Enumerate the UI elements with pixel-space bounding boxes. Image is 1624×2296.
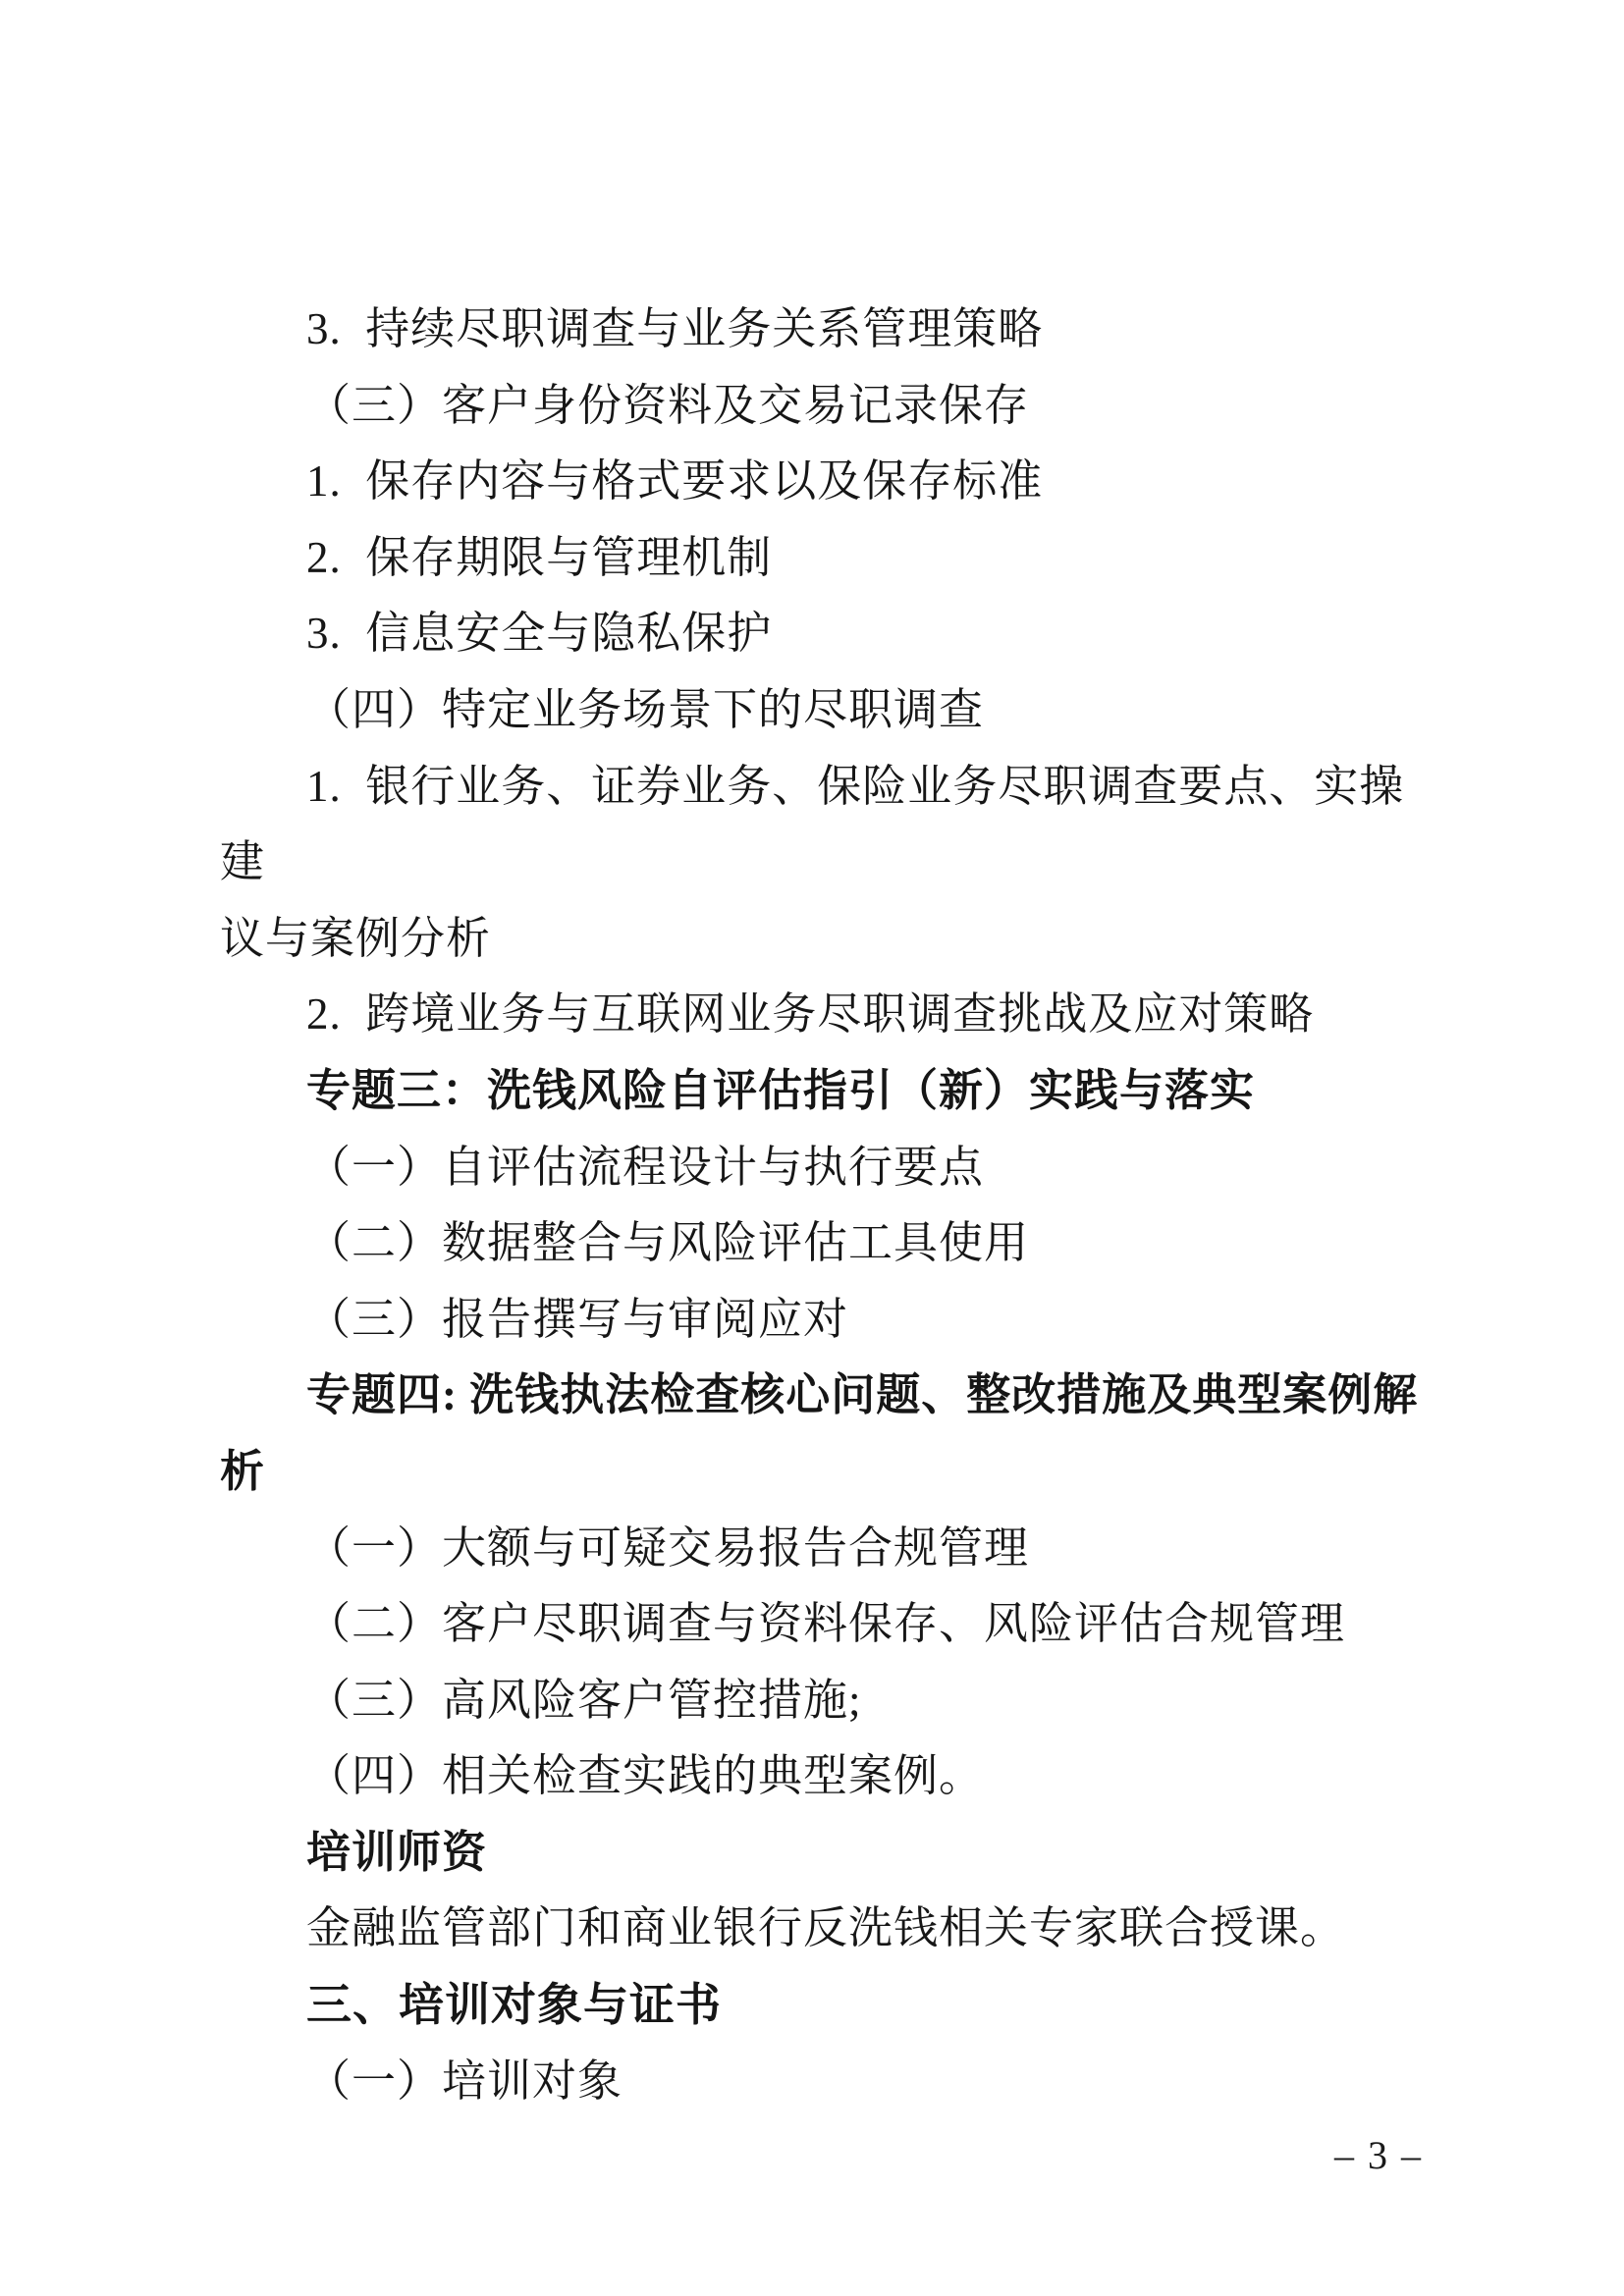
text-line: （三）高风险客户管控措施; (220, 1663, 1441, 1739)
text-line: （四）相关检查实践的典型案例。 (220, 1738, 1441, 1815)
text-line: （三）报告撰写与审阅应对 (220, 1282, 1441, 1359)
text-line: 3. 信息安全与隐私保护 (220, 596, 1441, 672)
text-line: （二）客户尽职调查与资料保存、风险评估合规管理 (220, 1586, 1441, 1663)
section-heading-line: 培训师资 (220, 1815, 1441, 1892)
text-line: （二）数据整合与风险评估工具使用 (220, 1205, 1441, 1282)
text-line: 金融监管部门和商业银行反洗钱相关专家联合授课。 (220, 1891, 1441, 1967)
topic-heading-line: 专题四: 洗钱执法检查核心问题、整改措施及典型案例解析 (220, 1358, 1441, 1510)
text-line: 3. 持续尽职调查与业务关系管理策略 (220, 292, 1441, 368)
text-line: （一）大额与可疑交易报告合规管理 (220, 1511, 1441, 1587)
text-line: 1. 银行业务、证券业务、保险业务尽职调查要点、实操建 (220, 749, 1441, 901)
document-body: 3. 持续尽职调查与业务关系管理策略（三）客户身份资料及交易记录保存1. 保存内… (220, 292, 1441, 2119)
text-line: 议与案例分析 (220, 901, 1441, 978)
text-line: （一）自评估流程设计与执行要点 (220, 1130, 1441, 1206)
topic-heading-line: 专题三：洗钱风险自评估指引（新）实践与落实 (220, 1053, 1441, 1130)
text-line: （三）客户身份资料及交易记录保存 (220, 368, 1441, 445)
document-page: 3. 持续尽职调查与业务关系管理策略（三）客户身份资料及交易记录保存1. 保存内… (0, 0, 1624, 2296)
text-line: 2. 跨境业务与互联网业务尽职调查挑战及应对策略 (220, 977, 1441, 1053)
chapter-heading-line: 三、培训对象与证书 (220, 1967, 1441, 2044)
text-line: 2. 保存期限与管理机制 (220, 520, 1441, 597)
page-number: – 3 – (1334, 2128, 1423, 2183)
text-line: 1. 保存内容与格式要求以及保存标准 (220, 444, 1441, 520)
text-line: （一）培训对象 (220, 2044, 1441, 2120)
text-line: （四）特定业务场景下的尽职调查 (220, 672, 1441, 749)
